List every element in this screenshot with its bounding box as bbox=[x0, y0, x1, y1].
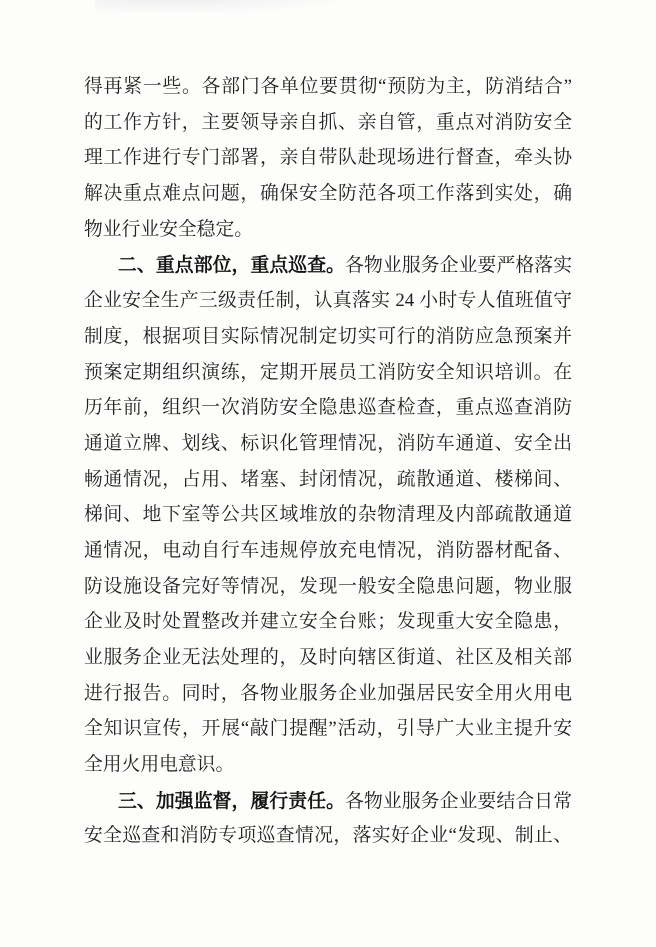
paragraph-2-heading: 二、重点部位，重点巡查。 bbox=[118, 254, 345, 275]
document-text-block: 得再紧一些。各部门各单位要贯彻“预防为主，防消结合” 的工作方针，主要领导亲自抓… bbox=[84, 69, 572, 854]
text-line: 物业行业安全稳定。 bbox=[84, 212, 572, 248]
text-line: 预案定期组织演练，定期开展员工消防安全知识培训。在农 bbox=[84, 355, 572, 391]
text-line: 企业及时处置整改并建立安全台账；发现重大安全隐患，物 bbox=[84, 604, 572, 640]
scan-smudge-artifact bbox=[95, 0, 355, 14]
text-line: 全知识宣传，开展“敲门提醒”活动，引导广大业主提升安 bbox=[84, 711, 572, 747]
document-page: 得再紧一些。各部门各单位要贯彻“预防为主，防消结合” 的工作方针，主要领导亲自抓… bbox=[0, 0, 656, 947]
text-line: 全用火用电意识。 bbox=[84, 747, 572, 783]
text-line: 历年前，组织一次消防安全隐患巡查检查，重点巡查消防车 bbox=[84, 390, 572, 426]
paragraph-2: 二、重点部位，重点巡查。各物业服务企业要严格落实 企业安全生产三级责任制，认真落… bbox=[84, 247, 572, 782]
paragraph-2-lead-text: 各物业服务企业要严格落实 bbox=[345, 255, 572, 276]
text-line: 解决重点难点问题，确保安全防范各项工作落到实处，确保 bbox=[84, 176, 572, 212]
text-line: 通道立牌、划线、标识化管理情况，消防车通道、安全出口 bbox=[84, 426, 572, 462]
text-line: 业服务企业无法处理的，及时向辖区街道、社区及相关部门 bbox=[84, 640, 572, 676]
text-line: 通情况，电动自行车违规停放充电情况，消防器材配备、消 bbox=[84, 533, 572, 569]
paragraph-3-lead-text: 各物业服务企业要结合日常 bbox=[345, 791, 572, 812]
paragraph-2-lead-line: 二、重点部位，重点巡查。各物业服务企业要严格落实 bbox=[84, 247, 572, 283]
text-line: 畅通情况，占用、堵塞、封闭情况，疏散通道、楼梯间、电 bbox=[84, 462, 572, 498]
text-line: 进行报告。同时，各物业服务企业加强居民安全用火用电安 bbox=[84, 676, 572, 712]
text-line: 企业安全生产三级责任制，认真落实 24 小时专人值班值守 bbox=[84, 283, 572, 319]
text-line: 制度，根据项目实际情况制定切实可行的消防应急预案并按 bbox=[84, 319, 572, 355]
paragraph-3-heading: 三、加强监督，履行责任。 bbox=[118, 790, 345, 811]
text-line: 安全巡查和消防专项巡查情况，落实好企业“发现、制止、报 bbox=[84, 818, 572, 854]
paragraph-1: 得再紧一些。各部门各单位要贯彻“预防为主，防消结合” 的工作方针，主要领导亲自抓… bbox=[84, 69, 572, 247]
text-line: 得再紧一些。各部门各单位要贯彻“预防为主，防消结合” bbox=[84, 69, 572, 105]
text-line: 理工作进行专门部署，亲自带队赴现场进行督查，牵头协调 bbox=[84, 140, 572, 176]
text-line: 防设施设备完好等情况，发现一般安全隐患问题，物业服务 bbox=[84, 569, 572, 605]
text-line: 的工作方针，主要领导亲自抓、亲自管，重点对消防安全管 bbox=[84, 105, 572, 141]
text-line: 梯间、地下室等公共区域堆放的杂物清理及内部疏散通道畅 bbox=[84, 497, 572, 533]
paragraph-3-lead-line: 三、加强监督，履行责任。各物业服务企业要结合日常 bbox=[84, 783, 572, 819]
paragraph-3: 三、加强监督，履行责任。各物业服务企业要结合日常 安全巡查和消防专项巡查情况，落… bbox=[84, 783, 572, 854]
